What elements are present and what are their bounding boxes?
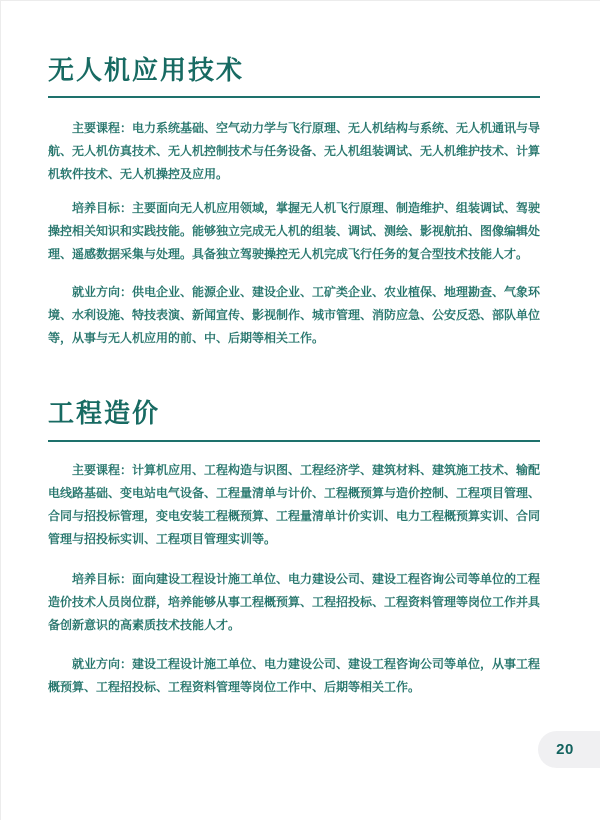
section-divider <box>48 96 540 98</box>
section-title: 工程造价 <box>48 399 540 427</box>
section-divider <box>48 440 540 442</box>
section-title: 无人机应用技术 <box>48 56 540 84</box>
paragraph-training-objectives: 培养目标：面向建设工程设计施工单位、电力建设公司、建设工程咨询公司等单位的工程造… <box>48 568 540 637</box>
page-number: 20 <box>556 741 574 758</box>
paragraph-main-courses: 主要课程：计算机应用、工程构造与识图、工程经济学、建筑材料、建筑施工技术、输配电… <box>48 459 540 551</box>
section-uav-technology: 无人机应用技术 主要课程：电力系统基础、空气动力学与飞行原理、无人机结构与系统、… <box>48 56 540 350</box>
paragraph-training-objectives: 培养目标：主要面向无人机应用领域，掌握无人机飞行原理、制造维护、组装调试、驾驶操… <box>48 197 540 266</box>
paragraph-main-courses: 主要课程：电力系统基础、空气动力学与飞行原理、无人机结构与系统、无人机通讯与导航… <box>48 117 540 186</box>
section-engineering-cost: 工程造价 主要课程：计算机应用、工程构造与识图、工程经济学、建筑材料、建筑施工技… <box>48 399 540 699</box>
document-page: 无人机应用技术 主要课程：电力系统基础、空气动力学与飞行原理、无人机结构与系统、… <box>0 0 600 820</box>
page-number-badge: 20 <box>538 731 600 768</box>
paragraph-career-direction: 就业方向：建设工程设计施工单位、电力建设公司、建设工程咨询公司等单位，从事工程概… <box>48 653 540 699</box>
paragraph-career-direction: 就业方向：供电企业、能源企业、建设企业、工矿类企业、农业植保、地理勘查、气象环境… <box>48 281 540 350</box>
